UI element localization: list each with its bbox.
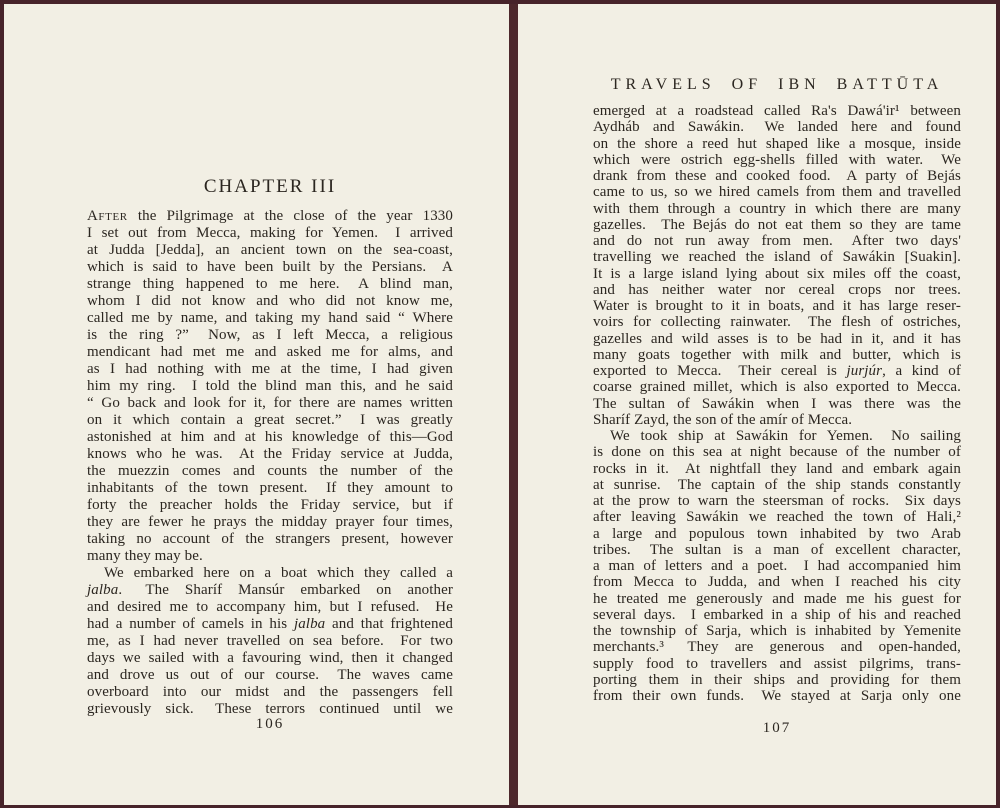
text-line: whom I did not know and who did not know… bbox=[87, 293, 453, 310]
text-line: the township of Sarja, which is inhabite… bbox=[593, 623, 961, 639]
text-line: at sunrise. The captain of the ship stan… bbox=[593, 477, 961, 493]
right-page: TRAVELS OF IBN BATTŪTA emerged at a road… bbox=[593, 4, 961, 805]
text-line: he treated me generously and made me his… bbox=[593, 591, 961, 607]
text-line: a man of letters and a poet. I had accom… bbox=[593, 558, 961, 574]
text-line: after leaving Sawákin we reached the tow… bbox=[593, 509, 961, 525]
text-line: and has neither water nor cereal crops n… bbox=[593, 282, 961, 298]
book-spread: CHAPTER III After the Pilgrimage at the … bbox=[0, 0, 1000, 808]
text-line: “ Go back and look for it, for there are… bbox=[87, 395, 453, 412]
text-line: knows who he was. At the Friday service … bbox=[87, 446, 453, 463]
text-line: the muezzin comes and counts the number … bbox=[87, 463, 453, 480]
text-line: several days. I embarked in a ship of hi… bbox=[593, 607, 961, 623]
text-line: We embarked here on a boat which they ca… bbox=[87, 565, 453, 582]
text-line: with them through a country in which the… bbox=[593, 201, 961, 217]
text-line: overboard into our midst and the passeng… bbox=[87, 684, 453, 701]
right-page-body: emerged at a roadstead called Ra's Dawá'… bbox=[593, 103, 961, 704]
text-line: at the prow to warn the steersman of roc… bbox=[593, 493, 961, 509]
text-line: rocks in it. At nightfall they land and … bbox=[593, 461, 961, 477]
paragraph: We embarked here on a boat which they ca… bbox=[87, 565, 453, 718]
left-page-number: 106 bbox=[87, 716, 453, 733]
text-line: tribes. The sultan is a man of excellent… bbox=[593, 542, 961, 558]
left-page: CHAPTER III After the Pilgrimage at the … bbox=[87, 4, 453, 805]
text-line: exported to Mecca. Their cereal is jurjú… bbox=[593, 363, 961, 379]
text-line: came to us, so we hired camels from them… bbox=[593, 184, 961, 200]
text-line: days we sailed with a favouring wind, th… bbox=[87, 650, 453, 667]
text-line: on it which contain a great secret.” I w… bbox=[87, 412, 453, 429]
text-line: Sharíf Zayd, the son of the amír of Mecc… bbox=[593, 412, 961, 428]
text-line: and desired me to accompany him, but I r… bbox=[87, 599, 453, 616]
paragraph: emerged at a roadstead called Ra's Dawá'… bbox=[593, 103, 961, 428]
running-head: TRAVELS OF IBN BATTŪTA bbox=[593, 76, 961, 94]
paragraph: We took ship at Sawákin for Yemen. No sa… bbox=[593, 428, 961, 704]
text-line: It is a large island lying about six mil… bbox=[593, 266, 961, 282]
text-line: supply food to travellers and assist pil… bbox=[593, 656, 961, 672]
right-page-number: 107 bbox=[593, 720, 961, 737]
text-line: forty the preacher holds the Friday serv… bbox=[87, 497, 453, 514]
text-line: gazelles and wild asses is to be had in … bbox=[593, 331, 961, 347]
text-line: from their own funds. We stayed at Sarja… bbox=[593, 688, 961, 704]
text-line: had a number of camels in his jalba and … bbox=[87, 616, 453, 633]
text-line: inhabitants of the town present. If they… bbox=[87, 480, 453, 497]
text-line: mendicant had met me and asked me for al… bbox=[87, 344, 453, 361]
text-line: and do not run away from men. After two … bbox=[593, 233, 961, 249]
chapter-heading: CHAPTER III bbox=[87, 176, 453, 198]
text-line: which were ostrich egg-shells filled wit… bbox=[593, 152, 961, 168]
text-line: at Judda [Jedda], an ancient town on the… bbox=[87, 242, 453, 259]
text-line: porting them in their ships and providin… bbox=[593, 672, 961, 688]
text-line: called me by name, and taking my hand sa… bbox=[87, 310, 453, 327]
text-line: voirs for collecting rainwater. The fles… bbox=[593, 314, 961, 330]
text-line: Aydháb and Sawákin. We landed here and f… bbox=[593, 119, 961, 135]
text-line: emerged at a roadstead called Ra's Dawá'… bbox=[593, 103, 961, 119]
text-line: a large and populous town inhabited by t… bbox=[593, 526, 961, 542]
text-line: jalba. The Sharíf Mansúr embarked on ano… bbox=[87, 582, 453, 599]
text-line: is the ring ?” Now, as I left Mecca, a r… bbox=[87, 327, 453, 344]
text-line: We took ship at Sawákin for Yemen. No sa… bbox=[593, 428, 961, 444]
text-line: astonished at him and at his knowledge o… bbox=[87, 429, 453, 446]
text-line: which is said to have been built by the … bbox=[87, 259, 453, 276]
text-line: is done on this sea at night because of … bbox=[593, 444, 961, 460]
text-line: I set out from Mecca, making for Yemen. … bbox=[87, 225, 453, 242]
text-line: from Mecca to Judda, and when I reached … bbox=[593, 574, 961, 590]
left-page-body: After the Pilgrimage at the close of the… bbox=[87, 208, 453, 718]
text-line: taking no account of the strangers prese… bbox=[87, 531, 453, 548]
text-line: as I had nothing with me at the time, I … bbox=[87, 361, 453, 378]
text-line: him my ring. I told the blind man this, … bbox=[87, 378, 453, 395]
text-line: After the Pilgrimage at the close of the… bbox=[87, 208, 453, 225]
text-line: travelling we reached the island of Sawá… bbox=[593, 249, 961, 265]
text-line: coarse grained millet, which is also exp… bbox=[593, 379, 961, 395]
text-line: Water is brought to it in boats, and it … bbox=[593, 298, 961, 314]
paragraph: After the Pilgrimage at the close of the… bbox=[87, 208, 453, 565]
text-line: drank from these and cooked food. A part… bbox=[593, 168, 961, 184]
text-line: and drove us out of our course. The wave… bbox=[87, 667, 453, 684]
text-line: The sultan of Sawákin when I was there w… bbox=[593, 396, 961, 412]
text-line: many they may be. bbox=[87, 548, 453, 565]
text-line: gazelles. The Bejás do not eat them so t… bbox=[593, 217, 961, 233]
text-line: strange thing happened to me here. A bli… bbox=[87, 276, 453, 293]
text-line: on the shore a reed hut shaped like a mo… bbox=[593, 136, 961, 152]
text-line: many goats together with milk and butter… bbox=[593, 347, 961, 363]
text-line: merchants.³ They are generous and open-h… bbox=[593, 639, 961, 655]
text-line: they are fewer he prays the midday praye… bbox=[87, 514, 453, 531]
book-gutter-divider bbox=[509, 4, 518, 805]
text-line: me, as I had never travelled on sea befo… bbox=[87, 633, 453, 650]
